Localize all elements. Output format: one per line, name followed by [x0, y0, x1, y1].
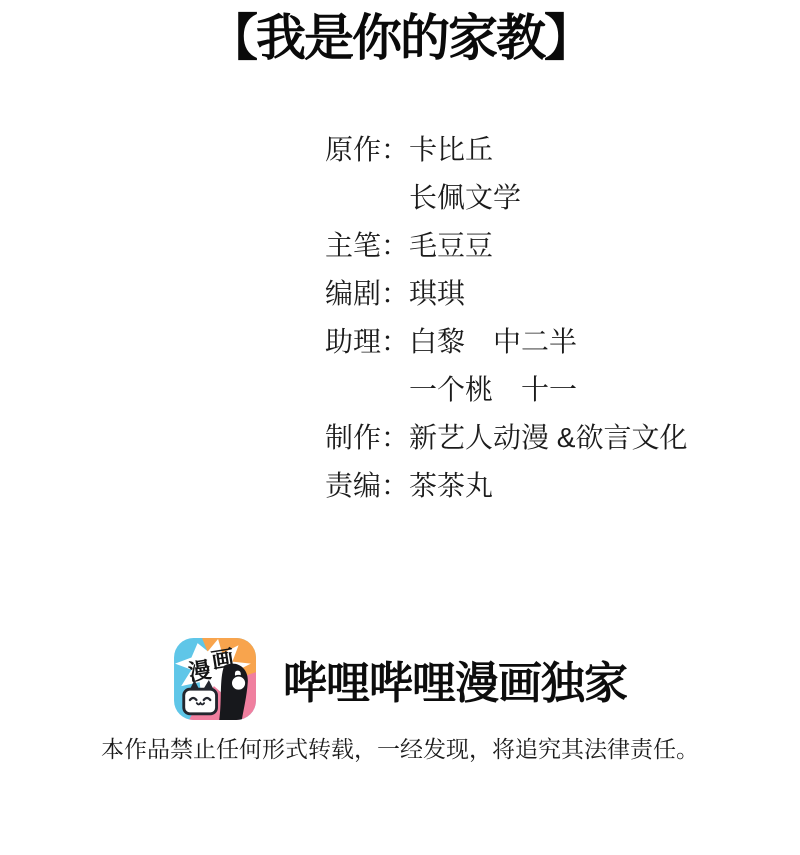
bilibili-comics-app-icon: 漫 画 [173, 637, 257, 721]
tv-mouth [197, 703, 204, 704]
credit-row-assistants-2: 一个桃 十一 [325, 366, 687, 414]
mascot-glove [231, 676, 246, 691]
credit-role-label: 原作： [325, 126, 409, 174]
credit-names: 新艺人动漫 &欲言文化 [409, 414, 687, 462]
copyright-disclaimer: 本作品禁止任何形式转载，一经发现，将追究其法律责任。 [0, 732, 800, 766]
tv-body [184, 689, 217, 714]
credit-row-original-work: 原作： 卡比丘 [325, 126, 687, 174]
credit-row-editor: 责编： 茶茶丸 [325, 462, 687, 510]
credit-names: 长佩文学 [409, 174, 521, 222]
credit-row-scriptwriter: 编剧： 琪琪 [325, 270, 687, 318]
credit-names: 白黎 中二半 [409, 318, 577, 366]
publisher-exclusive-label: 哔哩哔哩漫画独家 [283, 647, 627, 711]
credit-role-label [325, 366, 409, 414]
credit-row-production: 制作： 新艺人动漫 &欲言文化 [325, 414, 687, 462]
credit-role-label: 主笔： [325, 222, 409, 270]
credit-row-original-publisher: 长佩文学 [325, 174, 687, 222]
credit-names: 茶茶丸 [409, 462, 493, 510]
credit-role-label: 助理： [325, 318, 409, 366]
credit-names: 琪琪 [409, 270, 465, 318]
credit-names: 卡比丘 [409, 126, 493, 174]
credit-role-label: 制作： [325, 414, 409, 462]
credit-names: 一个桃 十一 [409, 366, 577, 414]
comic-credits-page: 【我是你的家教】 原作： 卡比丘 长佩文学 主笔： 毛豆豆 编剧： 琪琪 助理：… [0, 0, 800, 855]
credit-row-assistants: 助理： 白黎 中二半 [325, 318, 687, 366]
credit-role-label [325, 174, 409, 222]
publisher-banner: 漫 画 哔哩哔哩漫画独家 [0, 637, 800, 721]
credit-names: 毛豆豆 [409, 222, 493, 270]
series-title: 【我是你的家教】 [0, 6, 800, 70]
credits-section: 原作： 卡比丘 长佩文学 主笔： 毛豆豆 编剧： 琪琪 助理： 白黎 中二半 一… [325, 126, 687, 510]
credit-role-label: 编剧： [325, 270, 409, 318]
credit-row-lead-artist: 主笔： 毛豆豆 [325, 222, 687, 270]
credit-role-label: 责编： [325, 462, 409, 510]
